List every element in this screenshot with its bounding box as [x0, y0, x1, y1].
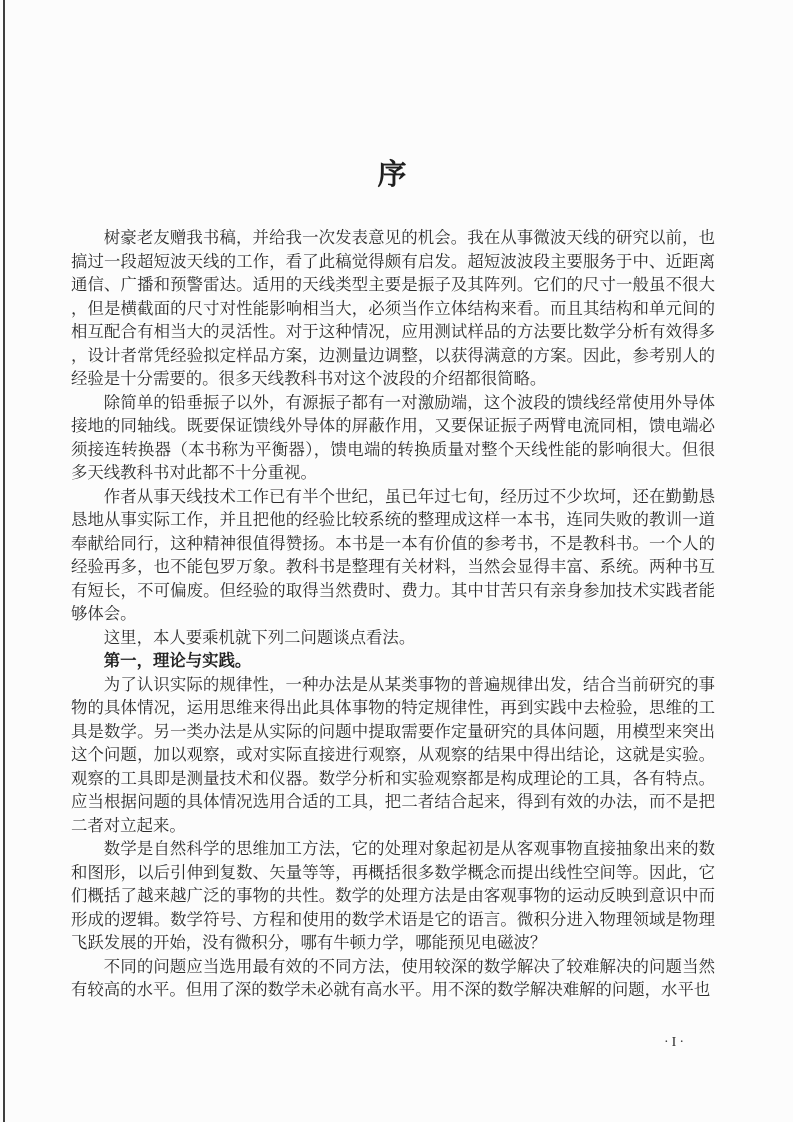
paragraph-1: 树豪老友赠我书稿，并给我一次发表意见的机会。我在从事微波天线的研究以前，也搞过一… [71, 226, 715, 391]
paragraph-3: 作者从事天线技术工作已有半个世纪，虽已年过七旬，经历过不少坎坷，还在勤勤恳恳地从… [71, 485, 715, 626]
page-title: 序 [71, 158, 715, 192]
paragraph-7: 数学是自然科学的思维加工方法，它的处理对象起初是从客观事物直接抽象出来的数和图形… [71, 837, 715, 955]
paragraph-6: 为了认识实际的规律性，一种办法是从某类事物的普遍规律出发，结合当前研究的事物的具… [71, 673, 715, 838]
scanned-book-page: 序 树豪老友赠我书稿，并给我一次发表意见的机会。我在从事微波天线的研究以前，也搞… [0, 0, 793, 1122]
paragraph-heading-first-topic: 第一，理论与实践。 [71, 649, 715, 673]
page-content: 序 树豪老友赠我书稿，并给我一次发表意见的机会。我在从事微波天线的研究以前，也搞… [71, 0, 715, 1002]
page-number: ·I· [664, 1034, 724, 1052]
scan-edge-line [3, 0, 5, 1122]
paragraph-4: 这里，本人要乘机就下列二问题谈点看法。 [71, 626, 715, 650]
paragraph-8: 不同的问题应当选用最有效的不同方法，使用较深的数学解决了较难解决的问题当然有较高… [71, 955, 715, 1002]
paragraph-2: 除简单的铅垂振子以外，有源振子都有一对激励端，这个波段的馈线经常使用外导体接地的… [71, 391, 715, 485]
